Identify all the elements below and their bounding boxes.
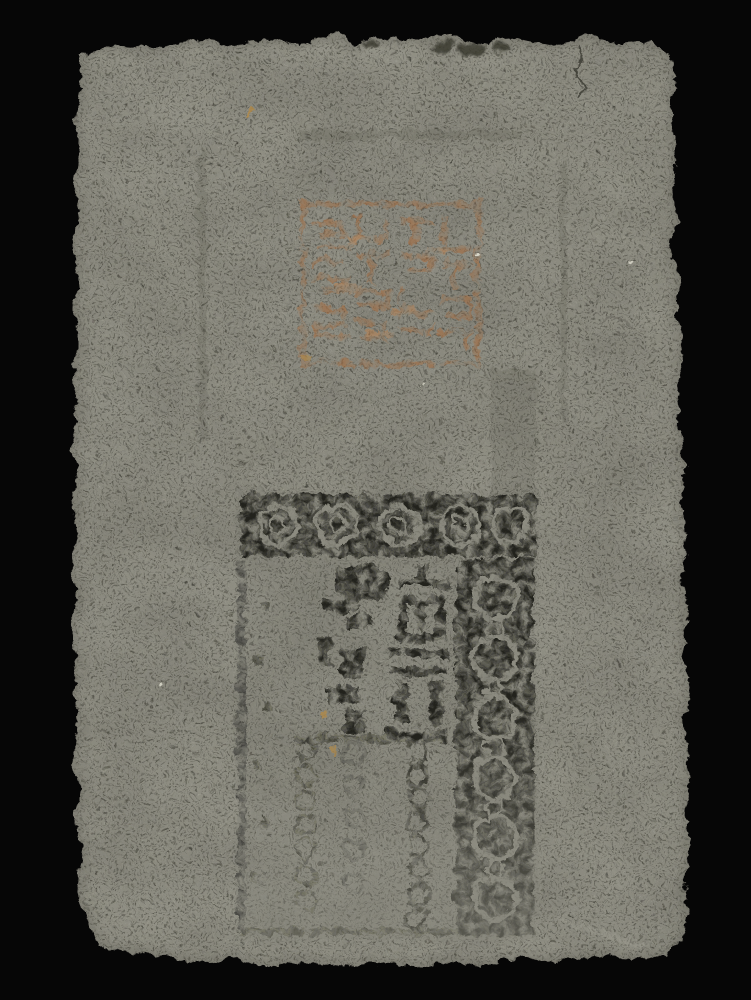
char-stroke xyxy=(390,664,444,673)
smudge xyxy=(431,38,453,50)
right-column-fade xyxy=(450,690,538,938)
paper-surface xyxy=(20,10,710,980)
white-fleck xyxy=(626,260,630,264)
char-stroke xyxy=(428,680,441,724)
ghost-vertical-band xyxy=(488,368,534,492)
white-fleck xyxy=(158,681,162,685)
white-fleck xyxy=(420,381,423,384)
char-blob xyxy=(338,646,362,676)
char-blob xyxy=(316,636,330,662)
ink-fleck xyxy=(258,600,268,608)
char-blob xyxy=(322,596,356,610)
ochre-fleck xyxy=(300,352,308,357)
char-stroke xyxy=(394,576,448,586)
char-stroke xyxy=(396,594,405,639)
white-fleck xyxy=(475,251,479,255)
ink-fleck xyxy=(262,700,271,707)
char-stroke xyxy=(394,680,407,724)
char-blob xyxy=(332,562,388,600)
banknote-sheet xyxy=(20,10,710,980)
panel-top-ornament-band xyxy=(238,492,534,554)
ochre-fleck xyxy=(330,746,333,753)
photograph xyxy=(0,0,751,1000)
char-blob xyxy=(326,684,356,700)
char-blob xyxy=(344,614,370,626)
ghost-right-frame-line xyxy=(558,160,565,420)
ink-fleck xyxy=(252,652,260,664)
ghost-top-frame-line xyxy=(300,128,520,138)
char-stroke xyxy=(412,603,424,627)
char-stroke xyxy=(386,646,448,656)
char-stroke xyxy=(435,594,444,639)
coin-area-fade xyxy=(240,745,452,937)
char-stroke xyxy=(414,562,426,576)
char-blob xyxy=(344,706,362,730)
photo-canvas xyxy=(0,0,751,1000)
ghost-left-frame-line xyxy=(196,150,205,440)
